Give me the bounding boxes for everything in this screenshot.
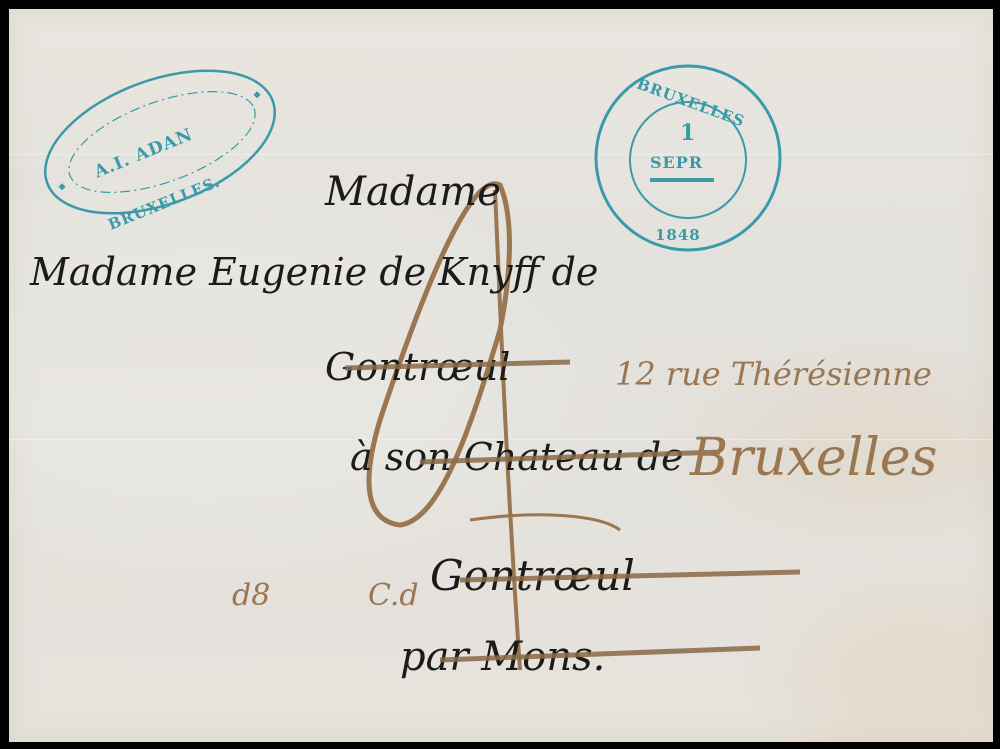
address-line2: Madame Eugenie de Knyff de	[29, 250, 598, 294]
address-line1: Madame	[324, 169, 501, 215]
address-block: Madame Madame Eugenie de Knyff de Gontrœ…	[29, 169, 684, 680]
ornament-icon: ❖	[58, 182, 67, 193]
postmark-day: 1	[680, 120, 696, 146]
initials-mid: C.d	[368, 578, 419, 613]
ornament-icon: ❖	[253, 90, 262, 101]
initials-left: d8	[232, 578, 270, 613]
cachet-line2: BRUXELLES.	[105, 172, 222, 233]
postmark-year: 1848	[655, 226, 701, 244]
redirect-street: 12 rue Thérésienne	[615, 355, 932, 393]
postmark: BRUXELLES 1 SEPR 1848	[596, 66, 780, 250]
cachet-line1: A.I. ADAN	[91, 125, 196, 183]
redirect-city: Bruxelles	[689, 428, 937, 488]
postmark-bar	[650, 178, 714, 182]
letter-markings: A.I. ADAN BRUXELLES. ❖ ❖ BRUXELLES 1 SEP…	[0, 0, 1000, 749]
sender-cachet: A.I. ADAN BRUXELLES. ❖ ❖	[26, 43, 294, 242]
marginal-marks: d8 C.d	[232, 578, 419, 613]
strike-lines	[345, 362, 800, 660]
postmark-month: SEPR	[650, 153, 703, 172]
